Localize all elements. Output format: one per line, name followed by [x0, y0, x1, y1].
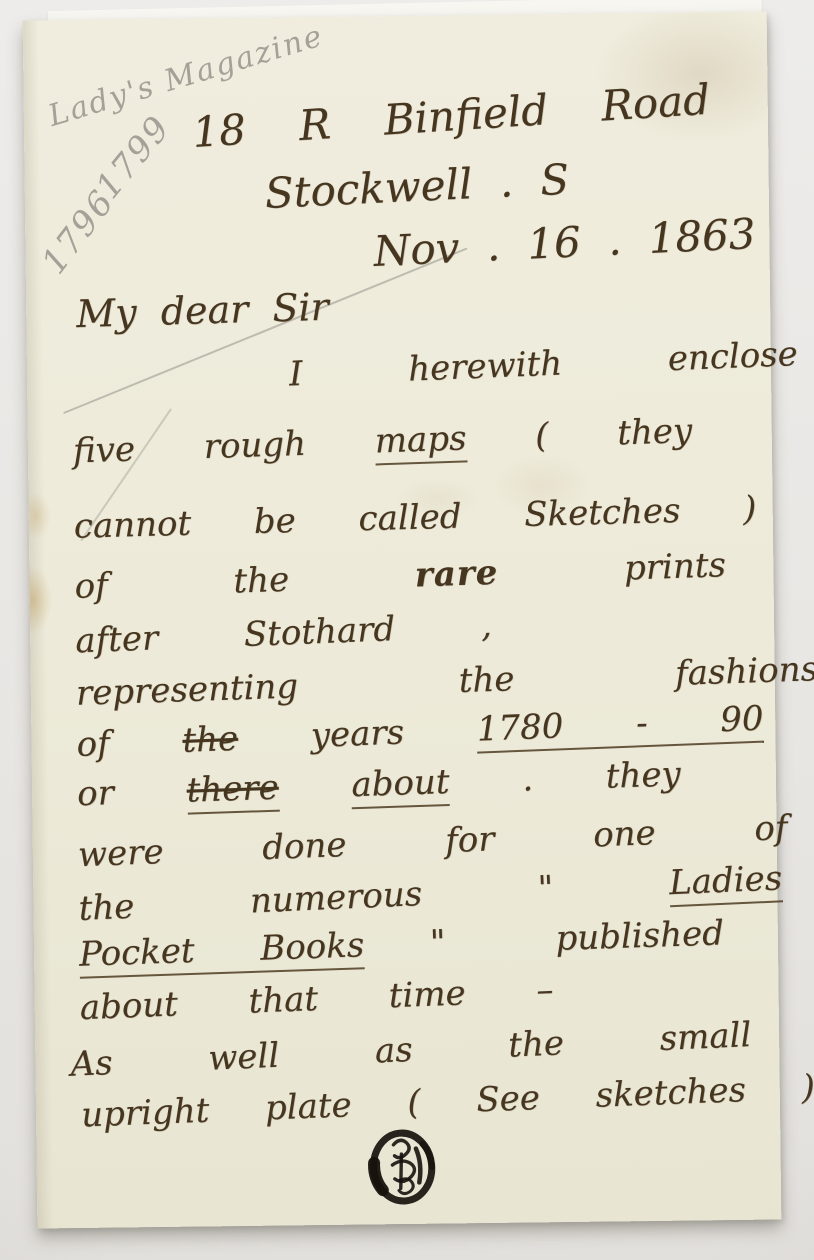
address-line-2: Stockwell . S — [264, 155, 570, 218]
letter-word: maps — [374, 418, 467, 465]
letter-word: of the — [74, 556, 415, 607]
letter-word: five rough — [72, 421, 375, 471]
letter-line: of the rare prints — [74, 545, 727, 607]
letter-word: I herewith enclose — [288, 334, 798, 394]
letter-word: the — [182, 719, 239, 761]
letter-word: cannot be called Sketches ) — [73, 489, 757, 547]
letter-word: after Stothard , — [75, 605, 493, 661]
letter-word: years — [237, 710, 477, 759]
salutation: My dear Sir — [76, 285, 330, 336]
letter-word: of — [76, 721, 183, 765]
letter-line: I herewith enclose — [288, 334, 798, 394]
letter-line: five rough maps ( they — [72, 411, 692, 472]
letter-word: Pocket Books — [78, 925, 364, 978]
letter-word: about that time – — [79, 970, 554, 1028]
letter-word: Ladies — [668, 858, 783, 907]
letter-line: after Stothard , — [75, 605, 493, 661]
letter-line: about that time – — [79, 970, 554, 1028]
letter-word: " — [364, 923, 447, 966]
letter-word: rare — [414, 553, 499, 596]
letter-word: published — [555, 913, 725, 959]
address-line-1: 18 R Binfield Road — [191, 75, 712, 157]
letter-word: 1780 - 90 — [476, 699, 764, 754]
letter-word: about — [351, 762, 450, 809]
letter-word: there — [186, 768, 279, 815]
letter-line: cannot be called Sketches ) — [73, 489, 757, 547]
letter-paper: Lady's Magazine 1799 1796 18 R Binfield … — [23, 12, 782, 1229]
letter-word — [278, 765, 352, 807]
date-line: Nov . 16 . 1863 — [372, 209, 756, 276]
letter-word: ( they — [466, 411, 693, 458]
letter-word: prints — [498, 545, 727, 593]
monogram-stamp-icon — [359, 1120, 447, 1214]
photograph-background: Lady's Magazine 1799 1796 18 R Binfield … — [0, 0, 814, 1260]
letter-line: or there about . they — [77, 754, 682, 814]
letter-word: or — [77, 771, 188, 815]
letter-word: . they — [449, 754, 682, 802]
pencil-annotation-year-bottom: 1796 — [34, 182, 123, 281]
